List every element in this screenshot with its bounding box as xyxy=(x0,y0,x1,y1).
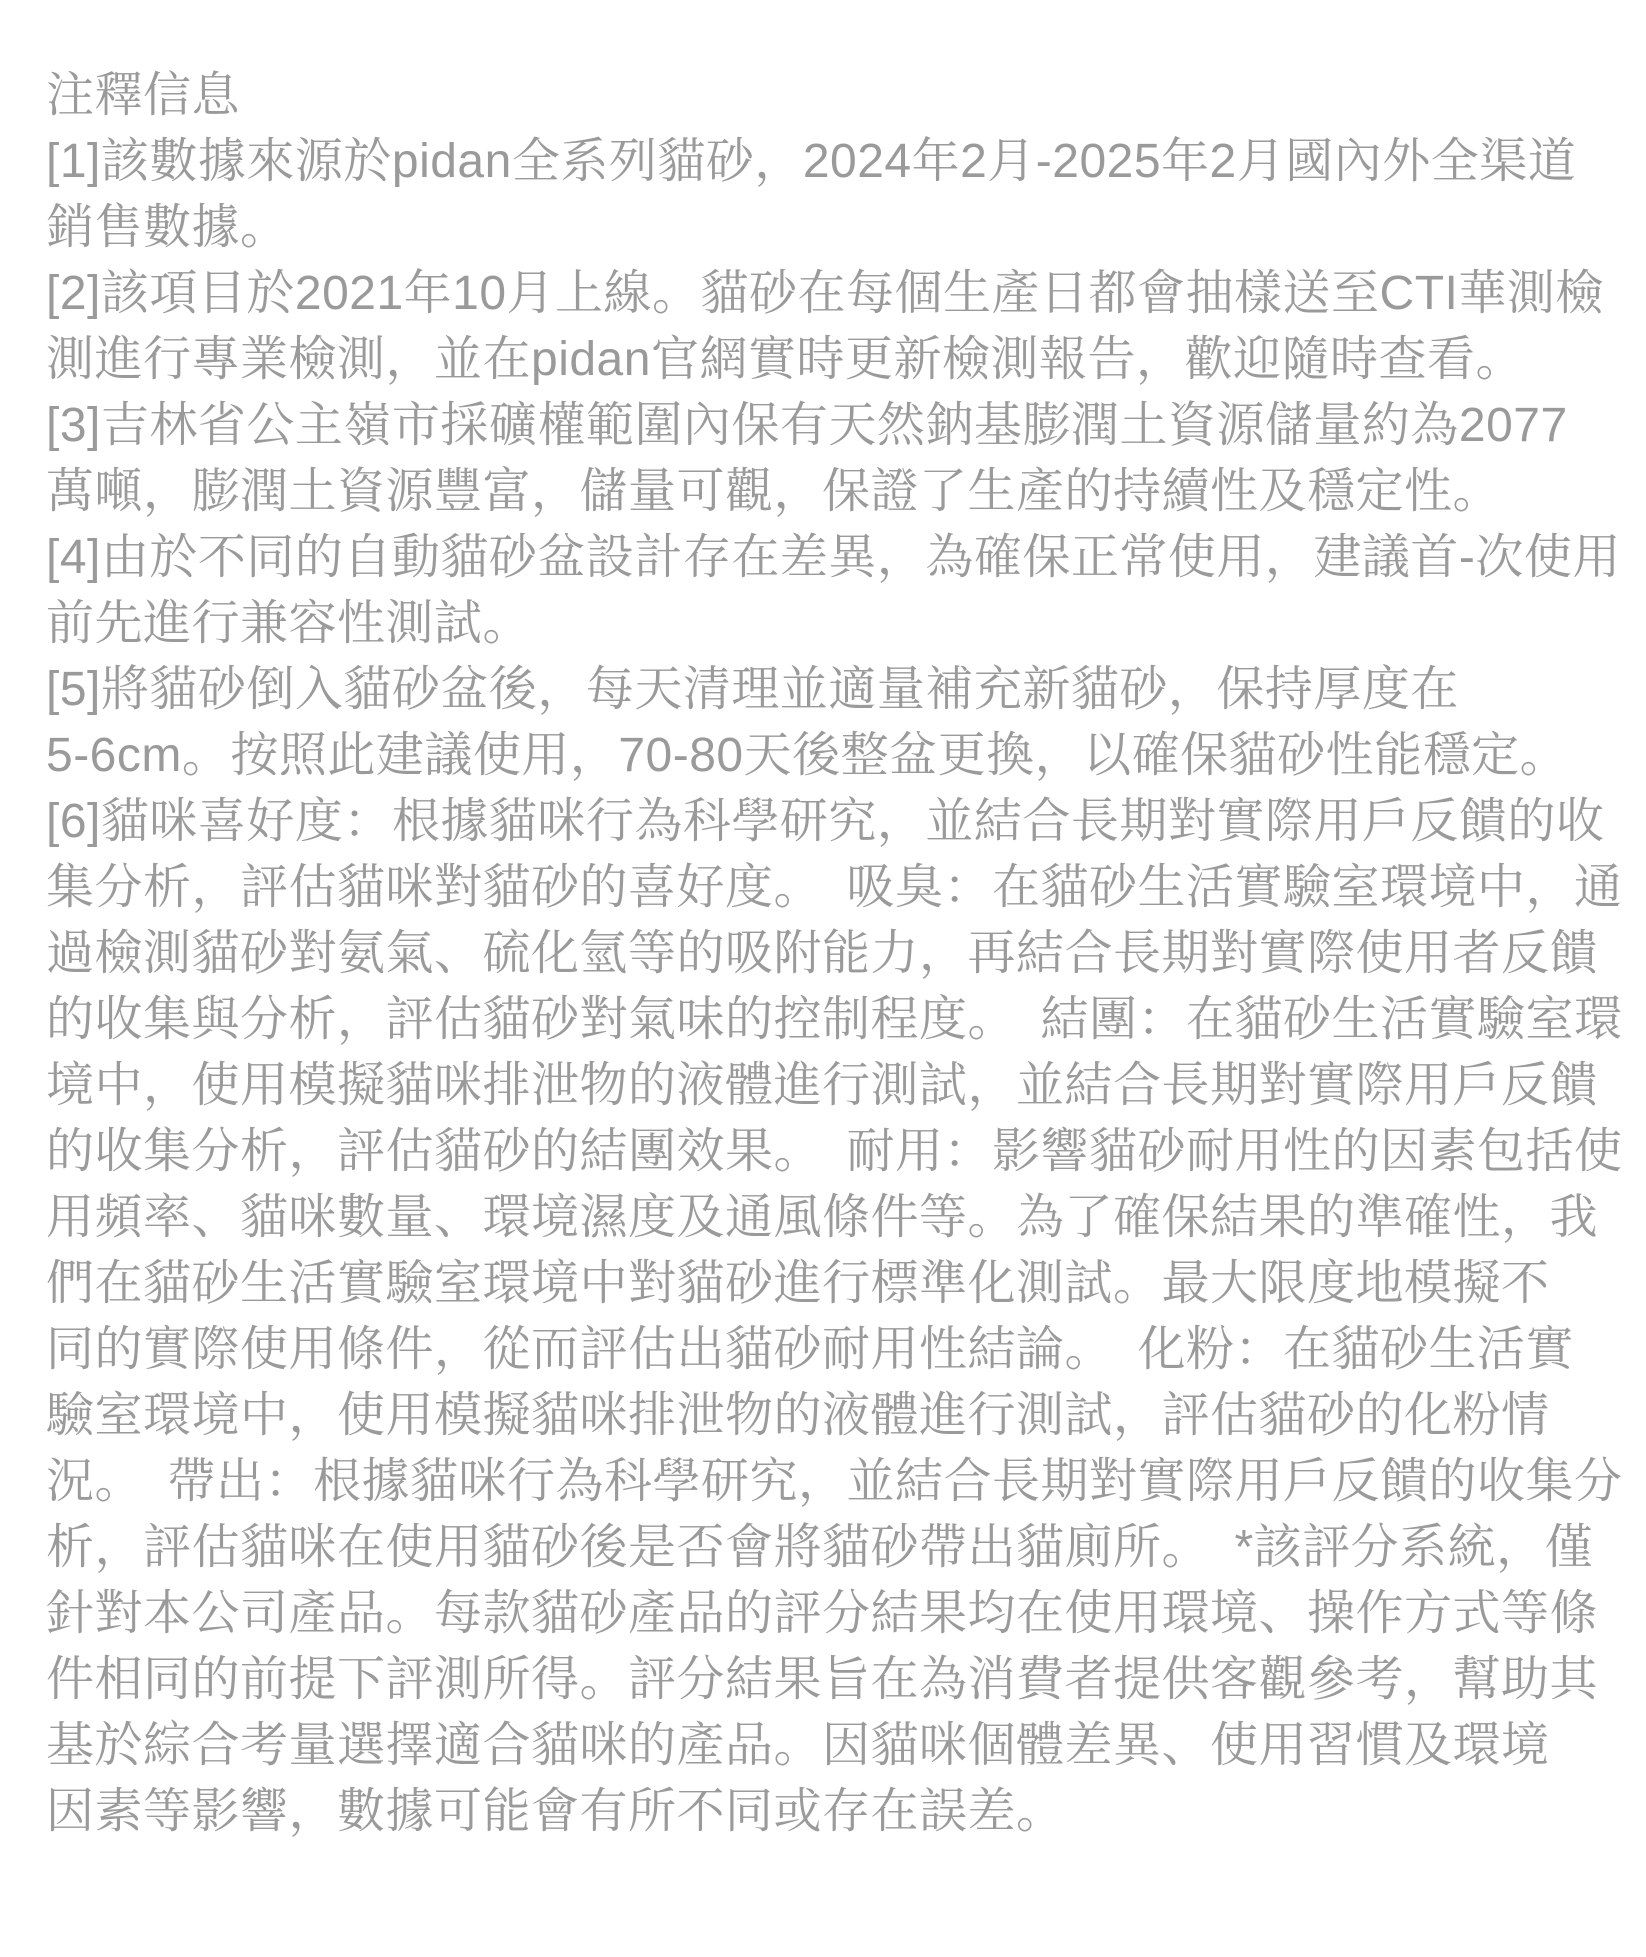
note-line: 測進行專業檢測，並在pidan官網實時更新檢測報告，歡迎隨時查看。 xyxy=(46,327,1600,393)
note-line: [1]該數據來源於pidan全系列貓砂，2024年2月-2025年2月國內外全渠… xyxy=(46,129,1600,195)
note-line: 基於綜合考量選擇適合貓咪的產品。因貓咪個體差異、使用習慣及環境 xyxy=(46,1713,1600,1779)
note-line: 的收集與分析，評估貓砂對氣味的控制程度。 結團：在貓砂生活實驗室環 xyxy=(46,987,1600,1053)
note-line: 境中，使用模擬貓咪排泄物的液體進行測試，並結合長期對實際用戶反饋 xyxy=(46,1053,1600,1119)
note-line: 驗室環境中，使用模擬貓咪排泄物的液體進行測試，評估貓砂的化粉情 xyxy=(46,1383,1600,1449)
note-line: [5]將貓砂倒入貓砂盆後，每天清理並適量補充新貓砂，保持厚度在 xyxy=(46,657,1600,723)
note-line: 同的實際使用條件，從而評估出貓砂耐用性結論。 化粉：在貓砂生活實 xyxy=(46,1317,1600,1383)
note-line: [4]由於不同的自動貓砂盆設計存在差異，為確保正常使用，建議首-次使用 xyxy=(46,525,1600,591)
note-line: 的收集分析，評估貓砂的結團效果。 耐用：影響貓砂耐用性的因素包括使 xyxy=(46,1119,1600,1185)
note-line: 們在貓砂生活實驗室環境中對貓砂進行標準化測試。最大限度地模擬不 xyxy=(46,1251,1600,1317)
note-line: 用頻率、貓咪數量、環境濕度及通風條件等。為了確保結果的準確性，我 xyxy=(46,1185,1600,1251)
note-line: 萬噸，膨潤土資源豐富，儲量可觀，保證了生產的持續性及穩定性。 xyxy=(46,459,1600,525)
note-line: 過檢測貓砂對氨氣、硫化氫等的吸附能力，再結合長期對實際使用者反饋 xyxy=(46,921,1600,987)
note-line: 針對本公司產品。每款貓砂產品的評分結果均在使用環境、操作方式等條 xyxy=(46,1581,1600,1647)
note-line: 析，評估貓咪在使用貓砂後是否會將貓砂帶出貓廁所。 *該評分系統，僅 xyxy=(46,1515,1600,1581)
annotation-notes-section: 注釋信息 [1]該數據來源於pidan全系列貓砂，2024年2月-2025年2月… xyxy=(46,63,1600,1845)
note-line: 況。 帶出：根據貓咪行為科學研究，並結合長期對實際用戶反饋的收集分 xyxy=(46,1449,1600,1515)
note-line: 5-6cm。按照此建議使用，70-80天後整盆更換，以確保貓砂性能穩定。 xyxy=(46,723,1600,789)
note-line: [2]該項目於2021年10月上線。貓砂在每個生產日都會抽樣送至CTI華測檢 xyxy=(46,261,1600,327)
note-line: [6]貓咪喜好度：根據貓咪行為科學研究，並結合長期對實際用戶反饋的收 xyxy=(46,789,1600,855)
note-line: 前先進行兼容性測試。 xyxy=(46,591,1600,657)
note-line: 件相同的前提下評測所得。評分結果旨在為消費者提供客觀參考，幫助其 xyxy=(46,1647,1600,1713)
notes-title: 注釋信息 xyxy=(46,63,1600,129)
notes-body: [1]該數據來源於pidan全系列貓砂，2024年2月-2025年2月國內外全渠… xyxy=(46,129,1600,1845)
note-line: [3]吉林省公主嶺市採礦權範圍內保有天然鈉基膨潤土資源儲量約為2077 xyxy=(46,393,1600,459)
note-line: 銷售數據。 xyxy=(46,195,1600,261)
note-line: 集分析，評估貓咪對貓砂的喜好度。 吸臭：在貓砂生活實驗室環境中，通 xyxy=(46,855,1600,921)
note-line: 因素等影響，數據可能會有所不同或存在誤差。 xyxy=(46,1779,1600,1845)
